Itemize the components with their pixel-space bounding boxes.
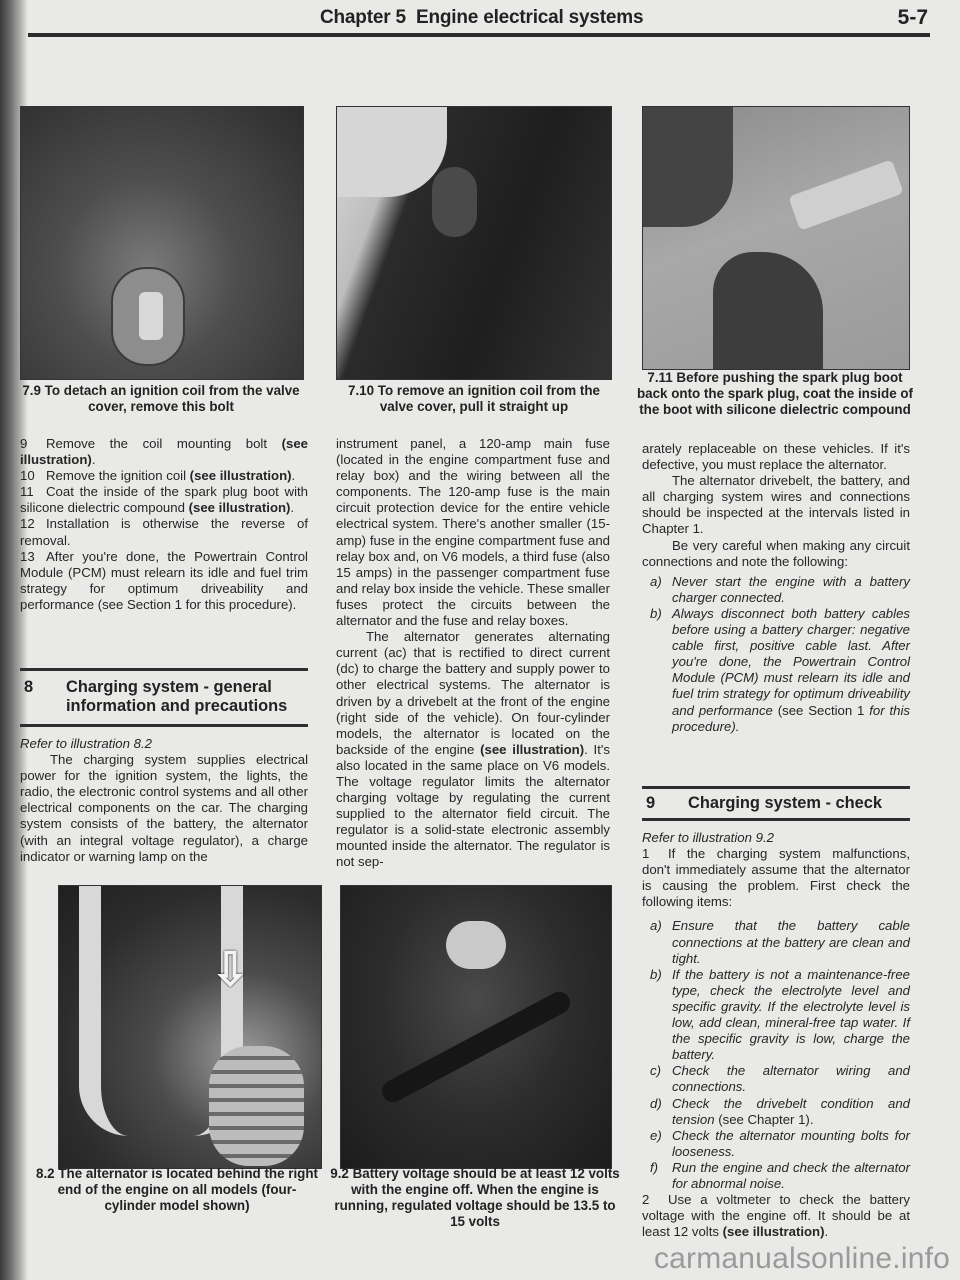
precautions-list: a)Never start the engine with a battery … <box>642 574 910 735</box>
gloved-hand-shape <box>713 252 823 370</box>
photo-dielectric-compound <box>642 106 910 370</box>
illustration-ref: (see illustration) <box>189 500 291 515</box>
section-title: Charging system - check <box>688 794 910 813</box>
step-2: 2Use a voltmeter to check the battery vo… <box>642 1192 910 1240</box>
section-9-body: Refer to illustration 9.2 1If the chargi… <box>642 830 910 1240</box>
figure-caption-9-2: 9.2 Battery voltage should be at least 1… <box>330 1166 620 1230</box>
paragraph: The alternator generates alternating cur… <box>336 629 610 870</box>
figure-caption-7-10: 7.10 To remove an ignition coil from the… <box>330 383 618 415</box>
section-9-heading: 9 Charging system - check <box>642 786 910 821</box>
photo-remove-ignition-coil <box>336 106 612 380</box>
list-item: a)Never start the engine with a battery … <box>642 574 910 606</box>
reservoir-shape <box>446 921 506 969</box>
gloved-hand-shape <box>643 107 733 227</box>
step-9: 9Remove the coil mounting bolt (see illu… <box>20 436 308 468</box>
section-title: Charging system - general information an… <box>66 678 308 716</box>
section-8-body: Refer to illustration 8.2 The charging s… <box>20 736 308 865</box>
section-number: 8 <box>24 678 33 697</box>
step-10: 10Remove the ignition coil (see illustra… <box>20 468 308 484</box>
step-11: 11Coat the inside of the spark plug boot… <box>20 484 308 516</box>
coil-boot-shape <box>432 167 477 237</box>
watermark-link[interactable]: carmanualsonline.info <box>654 1242 950 1276</box>
refer-to-illustration: Refer to illustration 8.2 <box>20 736 308 752</box>
arrow-down-icon: ⇩ <box>211 946 250 992</box>
step-1: 1If the charging system malfunctions, do… <box>642 846 910 910</box>
step-12: 12Installation is otherwise the reverse … <box>20 516 308 548</box>
illustration-ref: (see illustration) <box>480 742 584 757</box>
hand-shape <box>337 107 447 197</box>
hose-shape <box>378 988 574 1106</box>
chapter-title: Chapter 5 Engine electrical systems <box>320 1 643 35</box>
paragraph: The charging system supplies electrical … <box>20 752 308 865</box>
list-item: c)Check the alternator wiring and connec… <box>642 1063 910 1095</box>
figure-caption-8-2: 8.2 The alternator is located behind the… <box>32 1166 322 1214</box>
alternator-shape <box>209 1046 304 1166</box>
illustration-ref: (see illustration) <box>190 468 292 483</box>
refer-to-illustration: Refer to illustration 9.2 <box>642 830 910 846</box>
list-item: f)Run the engine and check the alternato… <box>642 1160 910 1192</box>
page-header: Chapter 5 Engine electrical systems 5-7 <box>0 0 960 100</box>
photo-battery-voltage <box>340 885 612 1169</box>
middle-column: instrument panel, a 120-amp main fuse (l… <box>336 436 610 871</box>
photo-ignition-coil-bolt: ⇧ <box>20 106 304 380</box>
checks-list: a)Ensure that the battery cable connecti… <box>642 918 910 1192</box>
paragraph: instrument panel, a 120-amp main fuse (l… <box>336 436 610 629</box>
header-rule <box>28 33 930 37</box>
section-number: 9 <box>646 794 655 813</box>
paragraph: arately replaceable on these vehicles. I… <box>642 441 910 473</box>
paragraph: The alternator drivebelt, the battery, a… <box>642 473 910 537</box>
list-item: e)Check the alternator mounting bolts fo… <box>642 1128 910 1160</box>
list-item: b)Always disconnect both battery cables … <box>642 606 910 735</box>
section-8-heading: 8 Charging system - general information … <box>20 668 308 727</box>
paragraph: Be very careful when making any circuit … <box>642 538 910 570</box>
photo-alternator-location: ⇩ <box>58 885 322 1169</box>
arrow-up-left-icon: ⇧ <box>223 370 281 380</box>
compound-tube-shape <box>788 159 904 230</box>
list-item: d)Check the drivebelt condition and tens… <box>642 1096 910 1128</box>
figure-caption-7-11: 7.11 Before pushing the spark plug boot … <box>632 370 918 418</box>
page-number: 5-7 <box>898 1 928 35</box>
step-13: 13After you're done, the Powertrain Cont… <box>20 549 308 613</box>
left-column: 9Remove the coil mounting bolt (see illu… <box>20 436 308 613</box>
list-item: a)Ensure that the battery cable connecti… <box>642 918 910 966</box>
figure-caption-7-9: 7.9 To detach an ignition coil from the … <box>20 383 302 415</box>
list-item: b)If the battery is not a maintenance-fr… <box>642 967 910 1064</box>
right-column: arately replaceable on these vehicles. I… <box>642 441 910 735</box>
illustration-ref: (see illustration) <box>723 1224 825 1239</box>
coil-label-shape <box>139 292 163 340</box>
